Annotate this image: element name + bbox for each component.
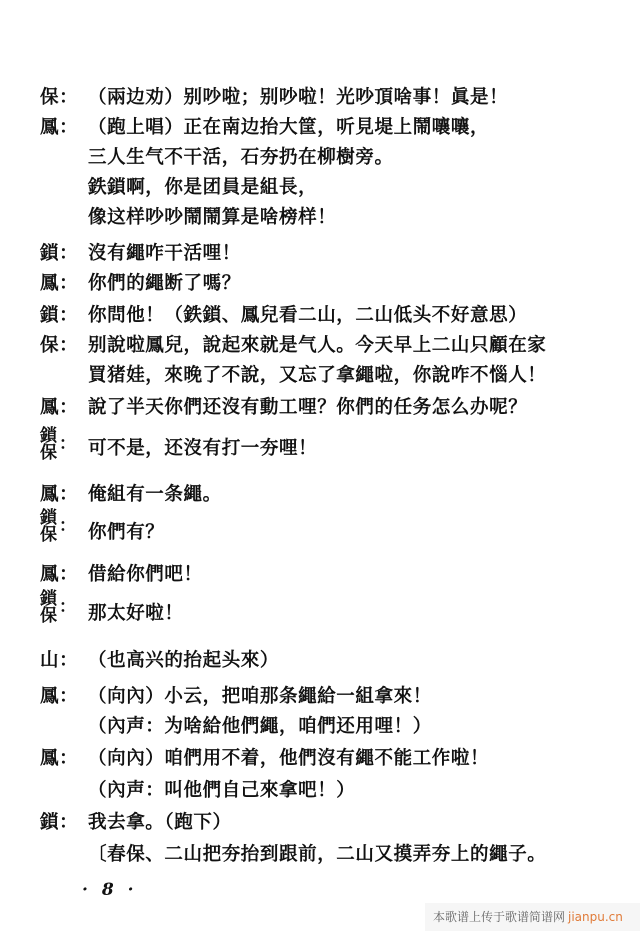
offstage-voice: （內声：为啥給他們繩，咱們还用哩！）: [40, 716, 432, 738]
dialogue-line: 鳳：借給你們吧！: [40, 564, 203, 586]
watermark-site: jianpu.cn: [568, 910, 623, 924]
dialogue-line: 鎖：我去拿。（跑下）: [40, 812, 232, 834]
speaker-bao: 保: [40, 527, 57, 544]
dialogue-text: 那太好啦！: [88, 603, 184, 625]
dialogue-line: 鳳：俺組有一条繩。: [40, 484, 222, 506]
dialogue-text: （也高兴的抬起头來）: [88, 650, 279, 671]
watermark: 本歌谱上传于歌谱简谱网jianpu.cn: [425, 903, 640, 931]
dialogue-line: 山：（也高兴的抬起头來）: [40, 650, 279, 672]
dialogue-text: 借給你們吧！: [88, 564, 203, 585]
dialogue-text: （兩边劝）别吵啦；别吵啦！光吵頂啥事！眞是！: [88, 87, 508, 108]
speaker-label: 鳳：: [40, 117, 88, 139]
dialogue-text: （內声：为啥給他們繩，咱們还用哩！）: [88, 716, 432, 737]
dialogue-line: 鳳：（跑上唱）正在南边抬大筐，听見堤上鬧嚷嚷，: [40, 117, 489, 139]
dialogue-text: 買猪娃，來晚了不說，又忘了拿繩啦，你說咋不惱人！: [88, 365, 546, 386]
dialogue-text: 俺組有一条繩。: [88, 484, 222, 505]
dialogue-text: （內声：叫他們自己來拿吧！）: [88, 780, 355, 801]
dialogue-continuation: 買猪娃，來晚了不說，又忘了拿繩啦，你說咋不惱人！: [40, 365, 546, 387]
stacked-speaker-label: 鎖 保 ：: [40, 428, 57, 462]
speaker-label: 山：: [40, 650, 88, 672]
page-number: · 8 ·: [82, 880, 138, 900]
speaker-label: 鳳：: [40, 273, 88, 295]
dialogue-line: 鳳：你們的繩断了嗎？: [40, 273, 241, 295]
document-page: 保：（兩边劝）别吵啦；别吵啦！光吵頂啥事！眞是！ 鳳：（跑上唱）正在南边抬大筐，…: [0, 0, 640, 931]
dialogue-text: （跑上唱）正在南边抬大筐，听見堤上鬧嚷嚷，: [88, 117, 489, 138]
dialogue-line: 保：别說啦鳳兒，說起來就是气人。今天早上二山只顧在家: [40, 335, 546, 357]
stacked-speaker-label: 鎖 保 ：: [40, 510, 57, 544]
dialogue-text: 我去拿。（跑下）: [88, 812, 232, 833]
speaker-bao: 保: [40, 608, 57, 625]
speaker-label: 保：: [40, 87, 88, 109]
speaker-label: 保：: [40, 335, 88, 357]
dialogue-line: 鎖：你問他！（鉄鎖、鳳兒看二山，二山低头不好意思）: [40, 305, 527, 327]
dialogue-line: 鎖：沒有繩咋干活哩！: [40, 243, 241, 265]
dialogue-text: 你們有？: [88, 522, 164, 544]
speaker-label: 鳳：: [40, 564, 88, 586]
dialogue-text: 像这样吵吵鬧鬧算是啥榜样！: [88, 207, 336, 228]
speaker-label: 鳳：: [40, 397, 88, 419]
dialogue-line: 保：（兩边劝）别吵啦；别吵啦！光吵頂啥事！眞是！: [40, 87, 508, 109]
dialogue-line: 鳳：說了半天你們还沒有動工哩？你們的任务怎么办呢？: [40, 397, 527, 419]
dialogue-text: 别說啦鳳兒，說起來就是气人。今天早上二山只顧在家: [88, 335, 546, 356]
dialogue-continuation: 三人生气不干活，石夯扔在柳樹旁。: [40, 147, 394, 169]
speaker-label: 鳳：: [40, 748, 88, 770]
dialogue-text: 三人生气不干活，石夯扔在柳樹旁。: [88, 147, 394, 168]
watermark-text: 本歌谱上传于歌谱简谱网: [433, 910, 565, 924]
dialogue-text: 可不是，还沒有打一夯哩！: [88, 438, 317, 460]
speaker-label: 鎖：: [40, 812, 88, 834]
dialogue-text: 〔春保、二山把夯抬到跟前，二山又摸弄夯上的繩子。: [88, 844, 546, 865]
dialogue-text: 你們的繩断了嗎？: [88, 273, 241, 294]
dialogue-line: 鳳：（向內）咱們用不着，他們沒有繩不能工作啦！: [40, 748, 489, 770]
dialogue-continuation: 像这样吵吵鬧鬧算是啥榜样！: [40, 207, 336, 229]
dialogue-text: 沒有繩咋干活哩！: [88, 243, 241, 264]
dialogue-text: 你問他！（鉄鎖、鳳兒看二山，二山低头不好意思）: [88, 305, 527, 326]
stacked-speaker-label: 鎖 保 ：: [40, 591, 57, 625]
dialogue-text: （向內）小云，把咱那条繩給一組拿來！: [88, 686, 432, 707]
offstage-voice: （內声：叫他們自己來拿吧！）: [40, 780, 355, 802]
dialogue-text: 說了半天你們还沒有動工哩？你們的任务怎么办呢？: [88, 397, 527, 418]
dialogue-continuation: 鉄鎖啊，你是团員是組長，: [40, 177, 317, 199]
speaker-label: 鳳：: [40, 686, 88, 708]
speaker-label: 鎖：: [40, 243, 88, 265]
speaker-label: 鎖：: [40, 305, 88, 327]
speaker-label: 鳳：: [40, 484, 88, 506]
dialogue-text: （向內）咱們用不着，他們沒有繩不能工作啦！: [88, 748, 489, 769]
dialogue-text: 鉄鎖啊，你是团員是組長，: [88, 177, 317, 198]
speaker-bao: 保: [40, 445, 57, 462]
stage-direction: 〔春保、二山把夯抬到跟前，二山又摸弄夯上的繩子。: [40, 844, 546, 866]
dialogue-line: 鳳：（向內）小云，把咱那条繩給一組拿來！: [40, 686, 432, 708]
